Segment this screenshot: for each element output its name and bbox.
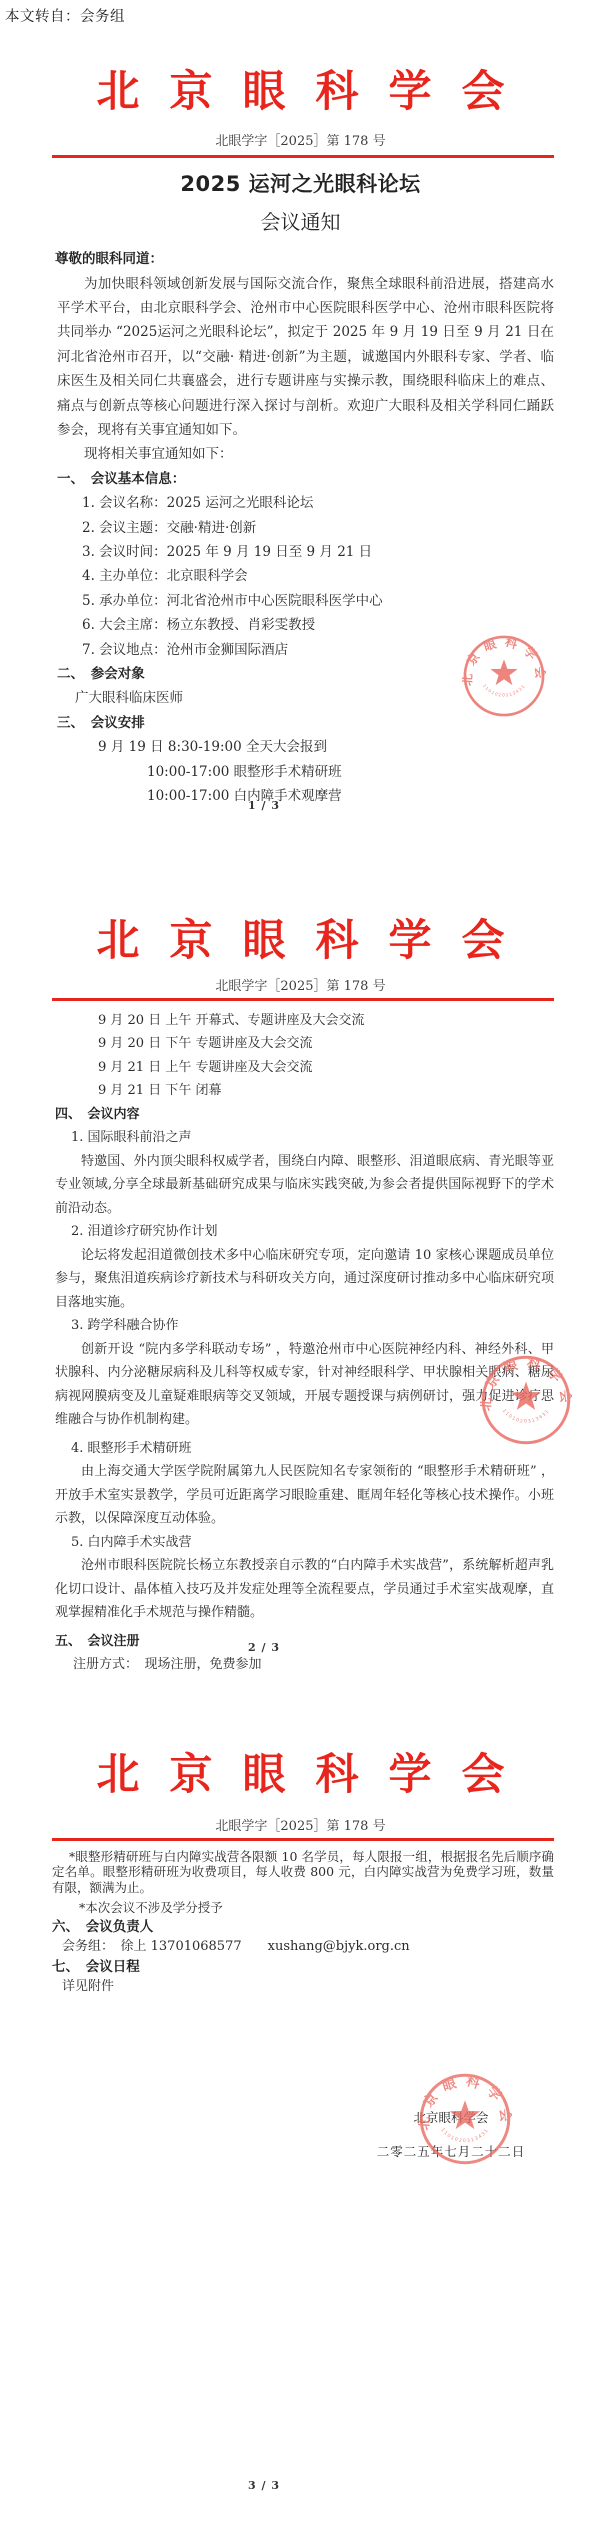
org-title: 北京眼科学会 [0,1753,601,1797]
schedule-line: 9 月 21 日 上午 专题讲座及大会交流 [55,1056,554,1080]
content-item-body: 创新开设 “院内多学科联动专场” ，特邀沧州市中心医院神经内科、神经外科、甲状腺… [55,1338,554,1432]
doc-number: 北眼学字［2025］第 178 号 [0,134,601,150]
content-item-body: 由上海交通大学医学院附属第九人民医院知名专家领衔的 “眼整形手术精研班” ，开放… [55,1460,554,1531]
content-item-body: 沧州市眼科医院院长杨立东教授亲自示教的“白内障手术实战营”，系统解析超声乳化切口… [55,1554,554,1625]
document-canvas: 本文转自：会务组 北京眼科学会 北眼学字［2025］第 178 号 2025 运… [0,0,601,2538]
page-number: 1 / 3 [229,799,299,812]
content-item-body: 特邀国、外内顶尖眼科权威学者，围绕白内障、眼整形、泪道眼底病、青光眼等亚专业领域… [55,1150,554,1221]
content-item-title: 3. 跨学科融合协作 [55,1314,554,1338]
section-7-heading: 七、 会议日程 [52,1958,554,1977]
basic-info-item: 1. 会议名称：2025 运河之光眼科论坛 [57,491,554,515]
section-2-body: 广大眼科临床医师 [57,686,554,710]
section-2-heading: 二、 参会对象 [57,662,554,686]
org-title: 北京眼科学会 [0,70,601,114]
doc-number: 北眼学字［2025］第 178 号 [0,1819,601,1835]
page-3: 北京眼科学会 北眼学字［2025］第 178 号 *眼整形精研班与白内障实战营各… [0,1753,601,2538]
page-2: 北京眼科学会 北眼学字［2025］第 178 号 9 月 20 日 上午 开幕式… [0,919,601,1753]
schedule-line: 9 月 21 日 下午 闭幕 [55,1079,554,1103]
masthead-page3: 北京眼科学会 北眼学字［2025］第 178 号 [0,1753,601,1841]
content-item-title: 4. 眼整形手术精研班 [55,1437,554,1461]
red-rule [52,1838,554,1841]
signature-date: 二零二五年七月二十二日 [341,2142,561,2160]
intro-followup: 现将相关事宜通知如下： [57,442,554,466]
red-rule [52,998,554,1001]
masthead-page2: 北京眼科学会 北眼学字［2025］第 178 号 [0,919,601,1001]
intro-paragraph: 为加快眼科领域创新发展与国际交流合作，聚焦全球眼科前沿进展，搭建高水平学术平台，… [57,272,554,443]
schedule-line: 9 月 20 日 上午 开幕式、专题讲座及大会交流 [55,1009,554,1033]
section-5-body: 注册方式： 现场注册，免费参加 [55,1653,554,1677]
schedule-line: 9 月 20 日 下午 专题讲座及大会交流 [55,1032,554,1056]
basic-info-item: 6. 大会主席：杨立东教授、肖彩雯教授 [57,613,554,637]
schedule-line: 10:00-17:00 白内障手术观摩营 [57,784,554,808]
org-title: 北京眼科学会 [0,919,601,963]
content-item-body: 论坛将发起泪道微创技术多中心临床研究专项，定向邀请 10 家核心课题成员单位参与… [55,1244,554,1315]
credit-note: *本次会议不涉及学分授予 [52,1899,554,1916]
forum-title: 2025 运河之光眼科论坛 [0,172,601,197]
limit-note: *眼整形精研班与白内障实战营各限额 10 名学员，每人限报一组，根据报名先后顺序… [52,1849,554,1896]
page-number: 2 / 3 [229,1641,299,1654]
section-3-heading: 三、 会议安排 [57,711,554,735]
basic-info-item: 7. 会议地点：沧州市金狮国际酒店 [57,638,554,662]
agenda-line: 详见附件 [52,1977,554,1996]
contact-line: 会务组： 徐上 13701068577 xushang@bjyk.org.cn [52,1937,554,1956]
section-6-heading: 六、 会议负责人 [52,1918,554,1937]
section-1-heading: 一、 会议基本信息： [57,467,554,491]
content-item-title: 1. 国际眼科前沿之声 [55,1126,554,1150]
section-5-heading: 五、 会议注册 [55,1630,554,1654]
notice-subtitle: 会议通知 [0,211,601,234]
signature-block: 北京眼科学会 二零二五年七月二十二日 [341,2108,561,2160]
basic-info-item: 2. 会议主题：交融·精进·创新 [57,516,554,540]
content-item-title: 2. 泪道诊疗研究协作计划 [55,1220,554,1244]
doc-number: 北眼学字［2025］第 178 号 [0,979,601,995]
page-number: 3 / 3 [229,2479,299,2492]
section-4-heading: 四、 会议内容 [55,1103,554,1127]
salutation: 尊敬的眼科同道： [55,250,554,268]
schedule-line: 10:00-17:00 眼整形手术精研班 [57,760,554,784]
basic-info-item: 5. 承办单位：河北省沧州市中心医院眼科医学中心 [57,589,554,613]
basic-info-item: 3. 会议时间：2025 年 9 月 19 日至 9 月 21 日 [57,540,554,564]
schedule-line: 9 月 19 日 8:30-19:00 全天大会报到 [57,735,554,759]
page-1: 北京眼科学会 北眼学字［2025］第 178 号 2025 运河之光眼科论坛 会… [0,0,601,919]
red-rule [52,155,554,158]
content-item-title: 5. 白内障手术实战营 [55,1531,554,1555]
basic-info-item: 4. 主办单位：北京眼科学会 [57,564,554,588]
masthead-page1: 北京眼科学会 北眼学字［2025］第 178 号 [0,70,601,158]
signature-org: 北京眼科学会 [341,2108,561,2126]
